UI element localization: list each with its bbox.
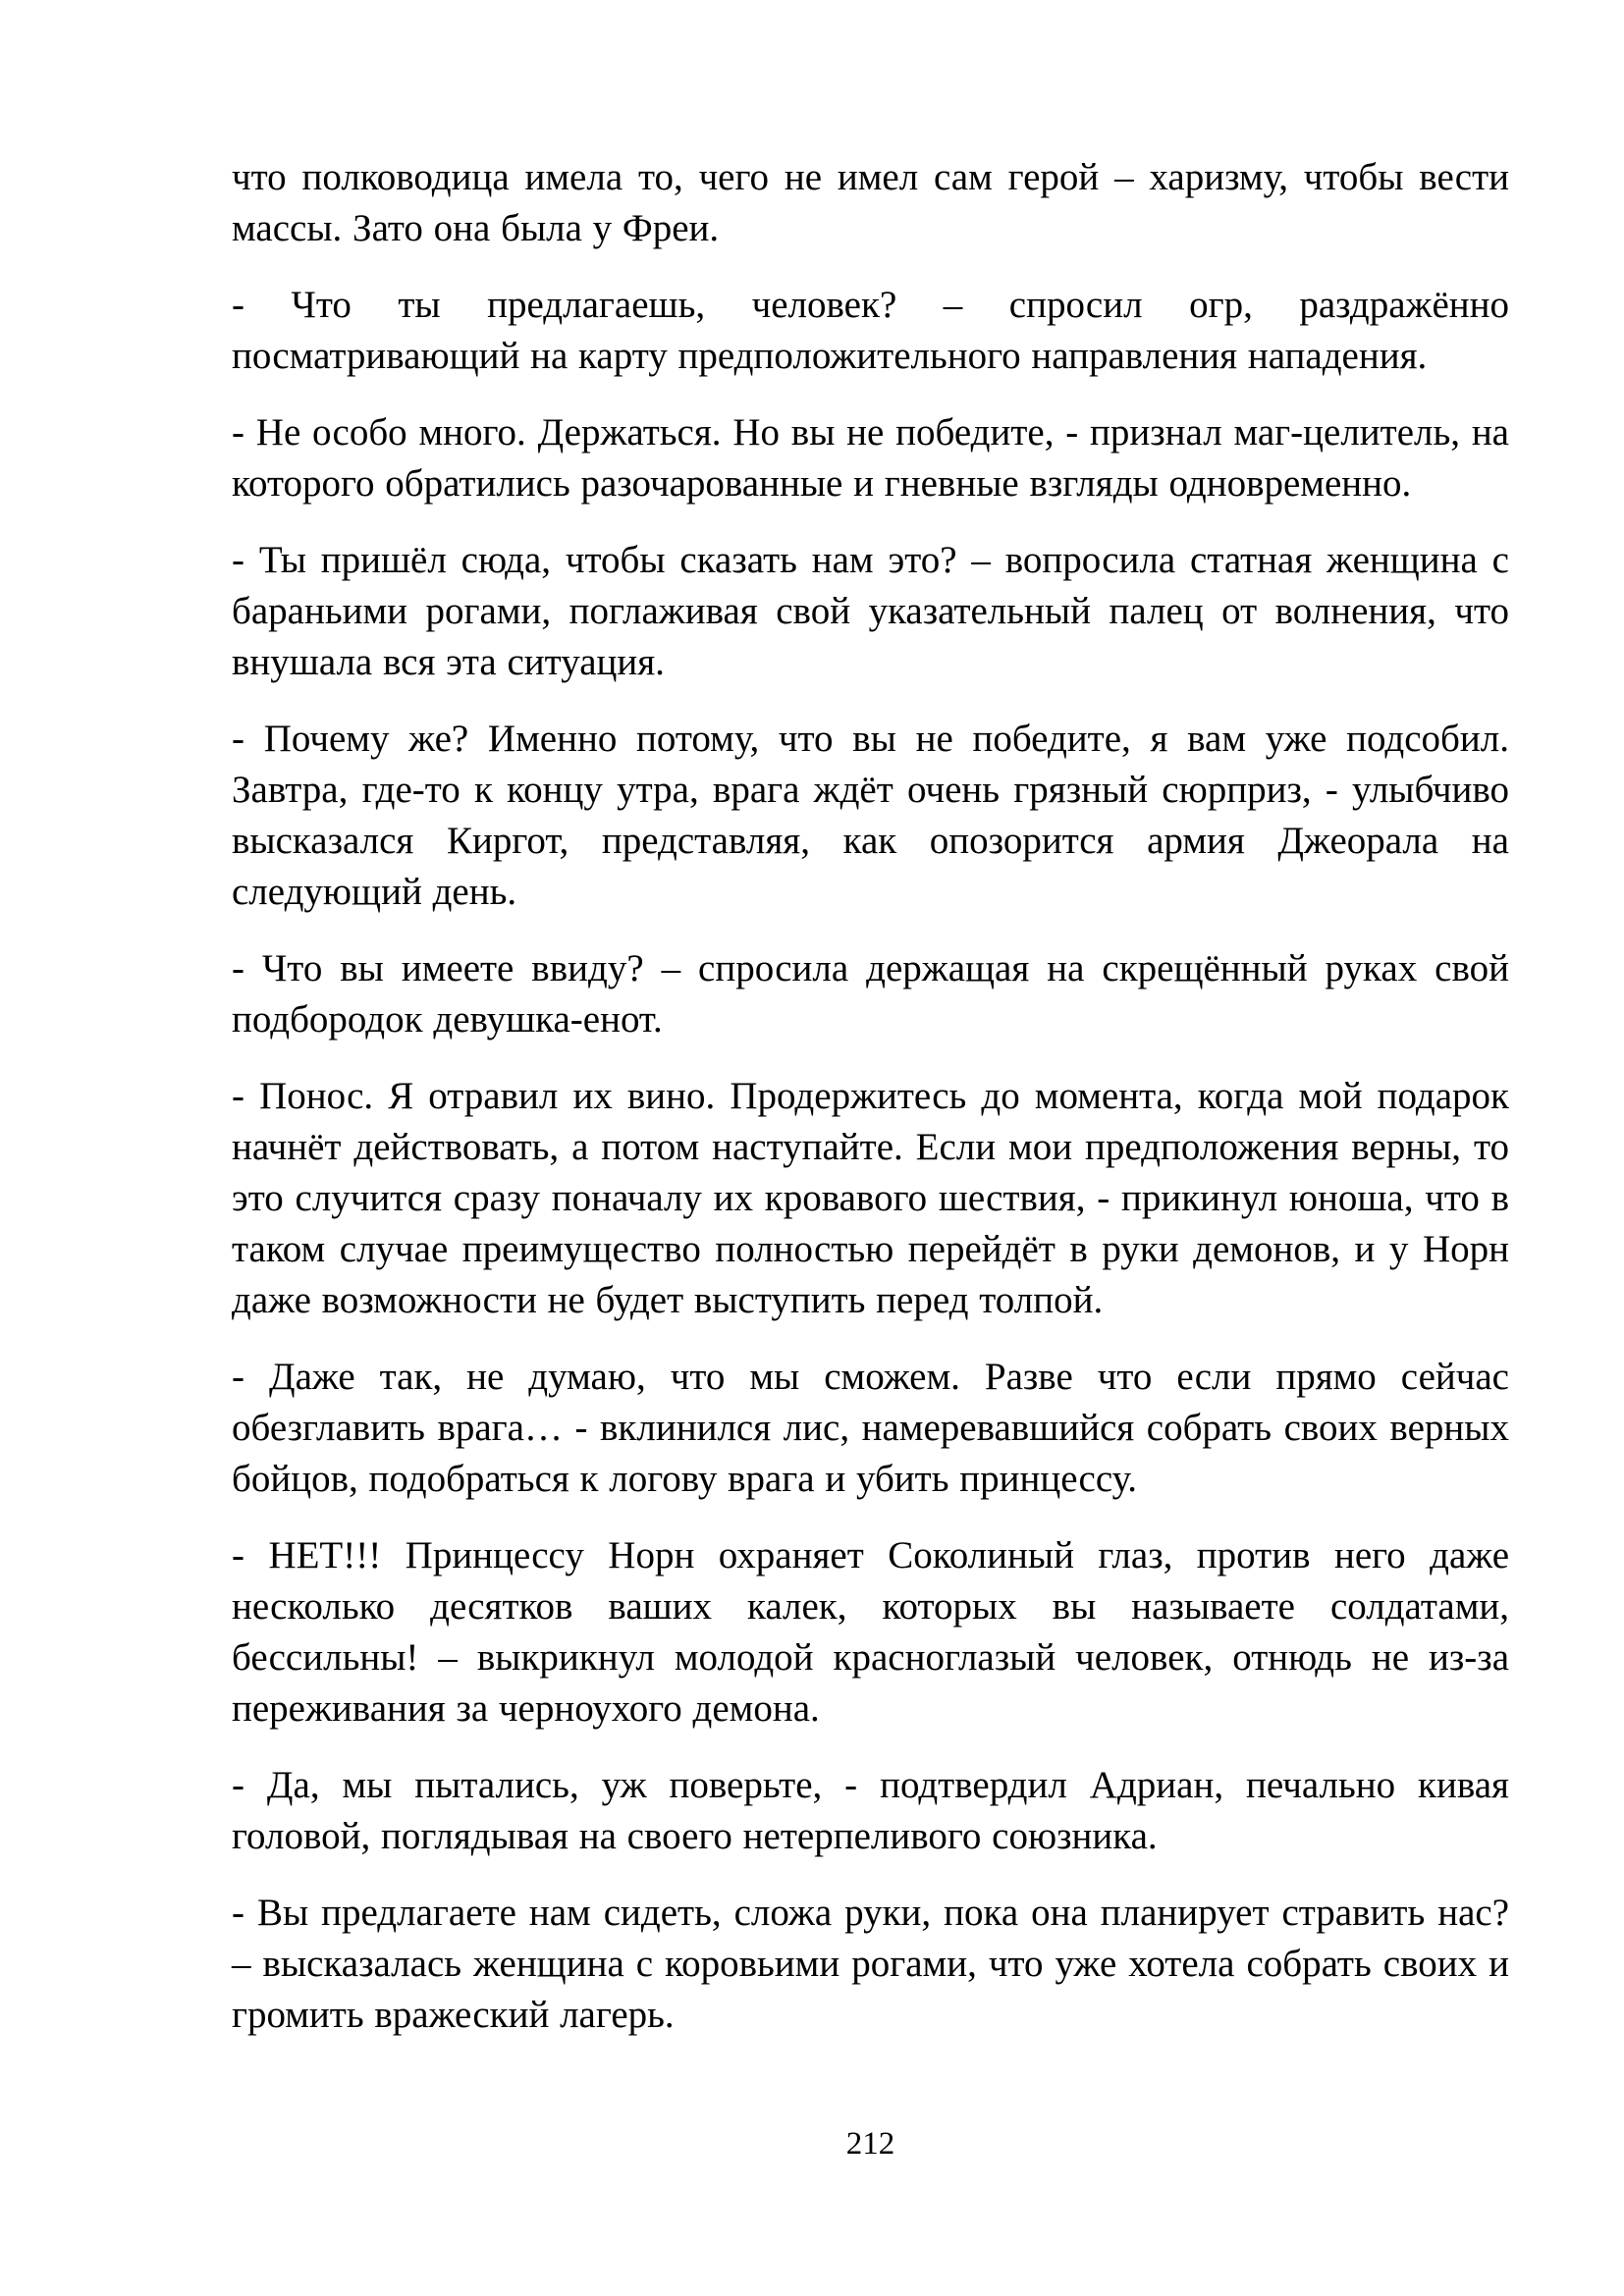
- paragraph: - Даже так, не думаю, что мы сможем. Раз…: [232, 1352, 1509, 1505]
- paragraph: - Почему же? Именно потому, что вы не по…: [232, 714, 1509, 918]
- page-number: 212: [232, 2124, 1509, 2163]
- paragraph: - Что ты предлагаешь, человек? – спросил…: [232, 280, 1509, 382]
- paragraph: - Что вы имеете ввиду? – спросила держащ…: [232, 943, 1509, 1045]
- paragraph: что полководица имела то, чего не имел с…: [232, 152, 1509, 254]
- document-page: что полководица имела то, чего не имел с…: [0, 0, 1624, 2296]
- paragraph: - Не особо много. Держаться. Но вы не по…: [232, 407, 1509, 509]
- paragraph: - Вы предлагаете нам сидеть, сложа руки,…: [232, 1888, 1509, 2041]
- paragraph: - Ты пришёл сюда, чтобы сказать нам это?…: [232, 535, 1509, 688]
- paragraph: - Понос. Я отравил их вино. Продержитесь…: [232, 1071, 1509, 1326]
- paragraph: - Да, мы пытались, уж поверьте, - подтве…: [232, 1760, 1509, 1862]
- paragraph: - НЕТ!!! Принцессу Норн охраняет Соколин…: [232, 1530, 1509, 1735]
- page-content: что полководица имела то, чего не имел с…: [232, 152, 1509, 2066]
